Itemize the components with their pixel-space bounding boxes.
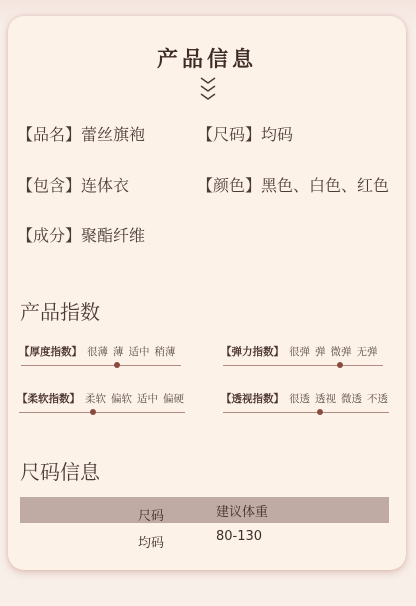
info-label: 【尺码】 (197, 125, 261, 144)
info-includes: 【包含】连体衣 (17, 173, 129, 196)
info-label: 【成分】 (17, 226, 81, 245)
index-slider-dot (337, 362, 343, 368)
info-product-name: 【品名】蕾丝旗袍 (17, 122, 145, 145)
index-option: 微弹 (331, 344, 352, 359)
info-value: 聚酯纤维 (81, 226, 145, 245)
index-slider-dot (90, 409, 96, 415)
index-label: 【透视指数】 (221, 391, 284, 406)
index-transparency: 【透视指数】 很透 透视 微透 不透 (221, 391, 397, 421)
index-slider-track (21, 365, 181, 366)
index-option: 偏软 (111, 391, 132, 406)
table-row: 均码 80-130 (20, 523, 389, 553)
index-slider-dot (114, 362, 120, 368)
product-info-card: 产品信息 【品名】蕾丝旗袍 【尺码】均码 【包含】连体衣 【颜色】黑色、白色、红… (8, 16, 406, 570)
size-table-header: 尺码 建议体重 (20, 497, 389, 523)
info-size: 【尺码】均码 (197, 122, 293, 145)
section-title-indices: 产品指数 (20, 296, 100, 325)
cell-size: 均码 (138, 532, 164, 551)
index-option: 微透 (341, 391, 362, 406)
cell-weight: 80-130 (216, 529, 262, 544)
index-option: 不透 (367, 391, 388, 406)
info-value: 均码 (261, 125, 293, 144)
index-slider-dot (317, 409, 323, 415)
page-title: 产品信息 (8, 43, 406, 73)
index-option: 弹 (315, 344, 326, 359)
info-label: 【包含】 (17, 176, 81, 195)
info-color: 【颜色】黑色、白色、红色 (197, 173, 389, 196)
index-slider-track (223, 412, 389, 413)
index-option: 适中 (129, 344, 150, 359)
index-label: 【柔软指数】 (17, 391, 80, 406)
index-option: 薄 (113, 344, 124, 359)
info-value: 黑色、白色、红色 (261, 176, 389, 195)
triple-chevron-down-icon (199, 76, 217, 102)
column-header-weight: 建议体重 (216, 501, 268, 520)
index-option: 柔软 (85, 391, 106, 406)
index-slider-track (223, 365, 383, 366)
index-option: 适中 (137, 391, 158, 406)
info-label: 【颜色】 (197, 176, 261, 195)
info-material: 【成分】聚酯纤维 (17, 223, 145, 246)
index-option: 很薄 (87, 344, 108, 359)
index-slider-track (19, 412, 185, 413)
index-option: 透视 (315, 391, 336, 406)
info-label: 【品名】 (17, 125, 81, 144)
index-softness: 【柔软指数】 柔软 偏软 适中 偏硬 (17, 391, 193, 421)
index-thickness: 【厚度指数】 很薄 薄 适中 稍薄 (19, 344, 195, 374)
index-option: 偏硬 (163, 391, 184, 406)
index-option: 无弹 (357, 344, 378, 359)
section-title-size: 尺码信息 (20, 456, 100, 485)
size-table: 尺码 建议体重 均码 80-130 (20, 497, 389, 553)
index-option: 很透 (289, 391, 310, 406)
info-value: 连体衣 (81, 176, 129, 195)
index-elasticity: 【弹力指数】 很弹 弹 微弹 无弹 (221, 344, 397, 374)
info-value: 蕾丝旗袍 (81, 125, 145, 144)
index-label: 【弹力指数】 (221, 344, 284, 359)
index-label: 【厚度指数】 (19, 344, 82, 359)
index-option: 很弹 (289, 344, 310, 359)
column-header-size: 尺码 (138, 505, 164, 524)
index-option: 稍薄 (155, 344, 176, 359)
